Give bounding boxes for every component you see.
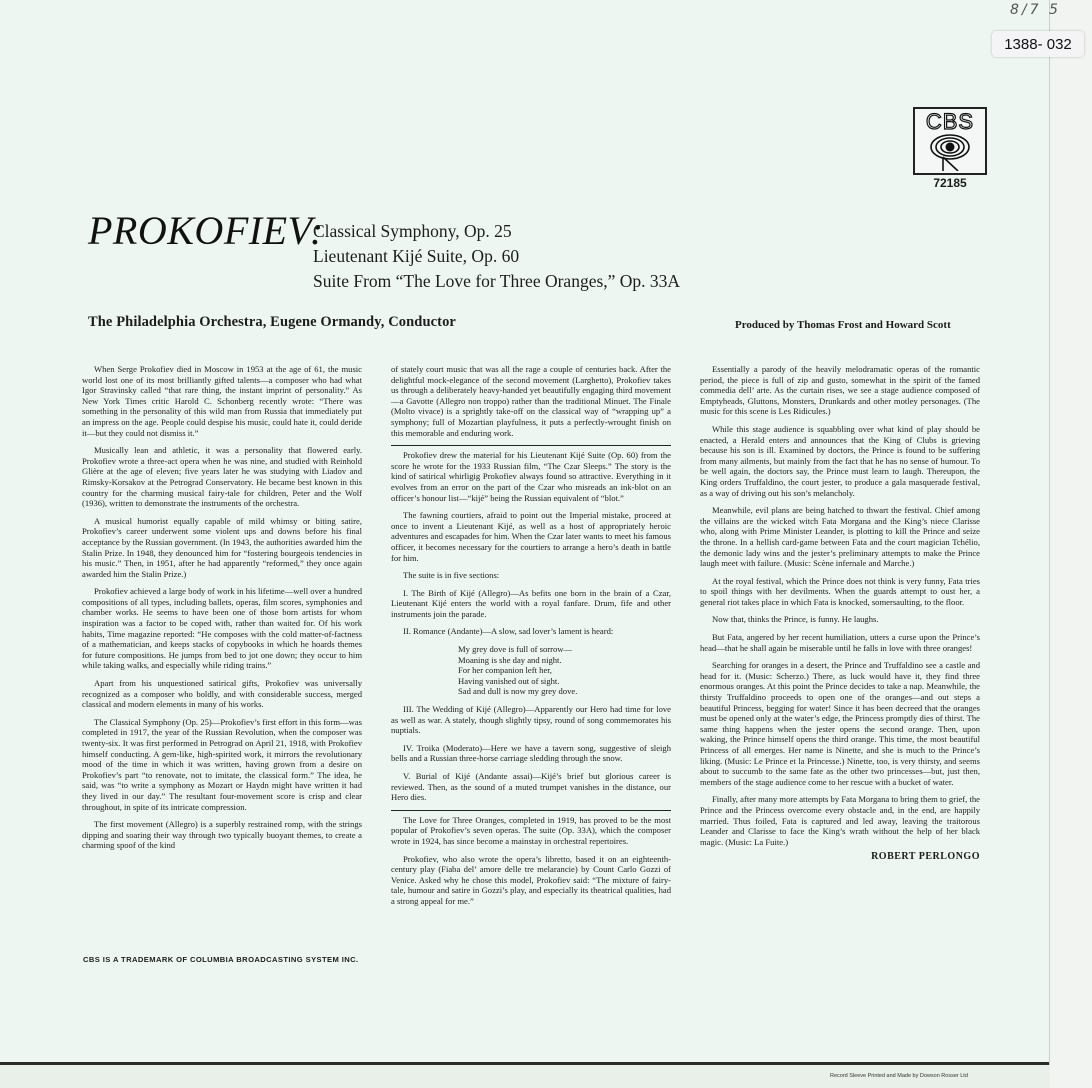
paragraph: III. The Wedding of Kijé (Allegro)—Appar… bbox=[391, 704, 671, 736]
paragraph: IV. Troika (Moderato)—Here we have a tav… bbox=[391, 743, 671, 764]
poem-line: Sad and dull is now my grey dove. bbox=[458, 686, 671, 697]
paragraph: At the royal festival, which the Prince … bbox=[700, 576, 980, 608]
works-list: Classical Symphony, Op. 25 Lieutenant Ki… bbox=[313, 219, 680, 294]
paragraph: Meanwhile, evil plans are being hatched … bbox=[700, 505, 980, 569]
author-signature: ROBERT PERLONGO bbox=[700, 852, 980, 863]
poem: My grey dove is full of sorrow— Moaning … bbox=[391, 644, 671, 697]
paragraph: Apart from his unquestioned satirical gi… bbox=[82, 678, 362, 710]
cbs-logo-text: CBS bbox=[915, 111, 985, 133]
paragraph: V. Burial of Kijé (Andante assai)—Kijé’s… bbox=[391, 771, 671, 803]
paragraph: The Classical Symphony (Op. 25)—Prokofie… bbox=[82, 717, 362, 812]
composer-title: PROKOFIEV: bbox=[88, 207, 324, 254]
paragraph: II. Romance (Andante)—A slow, sad lover’… bbox=[391, 626, 671, 637]
cbs-eye-icon bbox=[928, 133, 972, 171]
paragraph: While this stage audience is squabbling … bbox=[700, 424, 980, 498]
paragraph: The suite is in five sections: bbox=[391, 570, 671, 581]
section-divider bbox=[391, 810, 671, 811]
paragraph: Prokofiev drew the material for his Lieu… bbox=[391, 450, 671, 503]
catalog-number: 72185 bbox=[913, 176, 987, 190]
liner-notes-column-2: of stately court music that was all the … bbox=[391, 364, 671, 914]
paragraph: Now that, thinks the Prince, is funny. H… bbox=[700, 614, 980, 625]
paragraph: But Fata, angered by her recent humiliat… bbox=[700, 632, 980, 653]
cbs-logo: CBS bbox=[913, 107, 987, 175]
poem-line: Having vanished out of sight. bbox=[458, 676, 671, 687]
handwritten-note: 8/7 5 bbox=[1010, 2, 1061, 18]
paragraph: of stately court music that was all the … bbox=[391, 364, 671, 438]
liner-notes-column-1: When Serge Prokofiev died in Moscow in 1… bbox=[82, 364, 362, 858]
poem-line: My grey dove is full of sorrow— bbox=[458, 644, 671, 655]
producers-credit: Produced by Thomas Frost and Howard Scot… bbox=[735, 319, 951, 331]
performers-credit: The Philadelphia Orchestra, Eugene Orman… bbox=[88, 314, 456, 331]
paragraph: Searching for oranges in a desert, the P… bbox=[700, 660, 980, 787]
paragraph: Finally, after many more attempts by Fat… bbox=[700, 794, 980, 847]
paragraph: Musically lean and athletic, it was a pe… bbox=[82, 445, 362, 509]
paragraph: A musical humorist equally capable of mi… bbox=[82, 516, 362, 580]
trademark-notice: CBS IS A TRADEMARK OF COLUMBIA BROADCAST… bbox=[83, 955, 359, 964]
section-divider bbox=[391, 445, 671, 446]
liner-notes-column-3: Essentially a parody of the heavily melo… bbox=[700, 364, 980, 863]
poem-line: For her companion left her, bbox=[458, 665, 671, 676]
paragraph: Essentially a parody of the heavily melo… bbox=[700, 364, 980, 417]
paragraph: The Love for Three Oranges, completed in… bbox=[391, 815, 671, 847]
sleeve-edge bbox=[1049, 0, 1092, 1088]
paragraph: Prokofiev achieved a large body of work … bbox=[82, 586, 362, 671]
paragraph: Prokofiev, who also wrote the opera’s li… bbox=[391, 854, 671, 907]
work-item: Suite From “The Love for Three Oranges,”… bbox=[313, 269, 680, 294]
paragraph: When Serge Prokofiev died in Moscow in 1… bbox=[82, 364, 362, 438]
work-item: Classical Symphony, Op. 25 bbox=[313, 219, 680, 244]
catalog-sticker: 1388- 032 bbox=[992, 31, 1084, 57]
paragraph: The first movement (Allegro) is a superb… bbox=[82, 819, 362, 851]
poem-line: Moaning is she day and night. bbox=[458, 655, 671, 666]
paragraph: I. The Birth of Kijé (Allegro)—As befits… bbox=[391, 588, 671, 620]
paragraph: The fawning courtiers, afraid to point o… bbox=[391, 510, 671, 563]
work-item: Lieutenant Kijé Suite, Op. 60 bbox=[313, 244, 680, 269]
printer-credit: Record Sleeve Printed and Made by Dowson… bbox=[830, 1073, 968, 1079]
